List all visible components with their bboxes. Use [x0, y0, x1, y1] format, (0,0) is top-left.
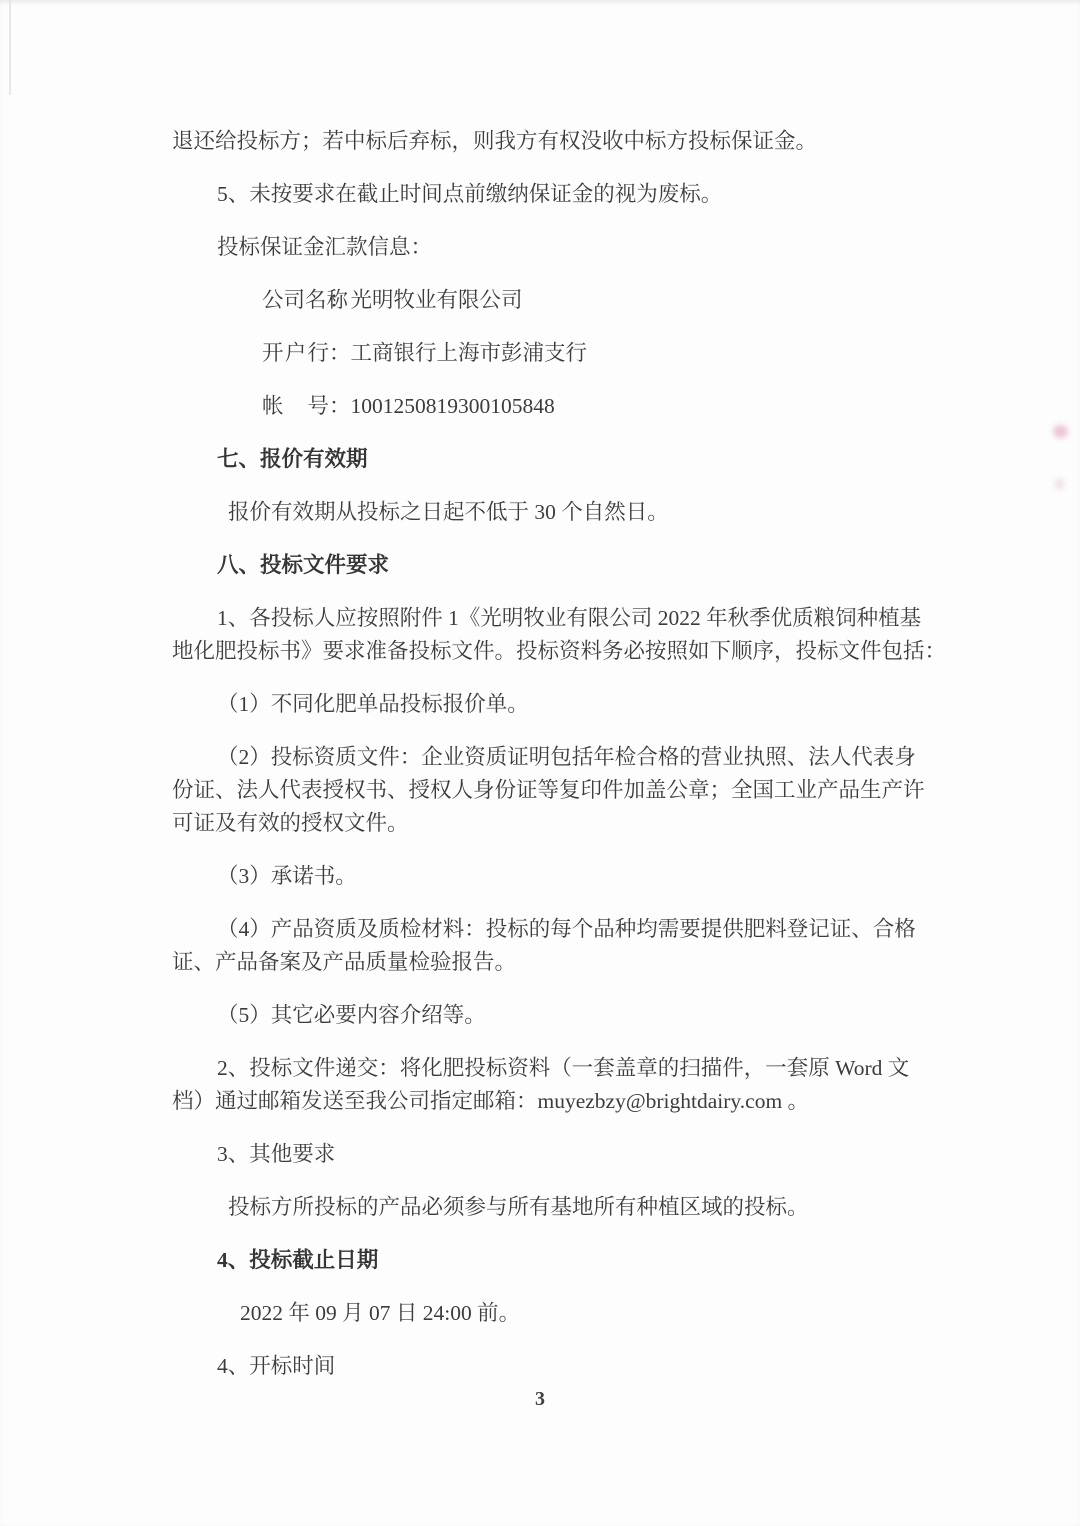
text-line: 1、各投标人应按照附件 1《光明牧业有限公司 2022 年秋季优质粮饲种植基 [172, 602, 962, 635]
paragraph-deposit-forfeit: 退还给投标方；若中标后弃标，则我方有权没收中标方投标保证金。 [172, 125, 962, 158]
bank-label-bank-branch: 开户行 [217, 337, 329, 370]
text-line: （4）产品资质及质检材料：投标的每个品种均需要提供肥料登记证、合格 [172, 913, 962, 946]
document-content: 退还给投标方；若中标后弃标，则我方有权没收中标方投标保证金。 5、未按要求在截止… [172, 125, 962, 1403]
bank-row-bank-branch: 开户行：工商银行上海市彭浦支行 [172, 337, 962, 370]
bank-colon: ： [329, 288, 351, 312]
text-line: 份证、法人代表授权书、授权人身份证等复印件加盖公章；全国工业产品生产许 [172, 774, 962, 807]
scan-edge-shade [0, 0, 1080, 6]
remittance-info-title: 投标保证金汇款信息： [172, 231, 962, 264]
text-line: 地化肥投标书》要求准备投标文件。投标资料务必按照如下顺序，投标文件包括： [172, 635, 962, 668]
page-number: 3 [0, 1388, 1080, 1411]
paragraph-requirement-1: 1、各投标人应按照附件 1《光明牧业有限公司 2022 年秋季优质粮饲种植基 地… [172, 602, 962, 668]
paragraph-requirement-1-1: （1）不同化肥单品投标报价单。 [172, 688, 962, 721]
paragraph-requirement-1-2: （2）投标资质文件：企业资质证明包括年检合格的营业执照、法人代表身 份证、法人代… [172, 741, 962, 840]
paragraph-requirement-1-4: （4）产品资质及质检材料：投标的每个品种均需要提供肥料登记证、合格 证、产品备案… [172, 913, 962, 979]
paragraph-requirement-3-body: 投标方所投标的产品必须参与所有基地所有种植区域的投标。 [172, 1191, 962, 1224]
bank-row-company-name: 公司名称：光明牧业有限公司 [172, 284, 962, 317]
scan-smudge-pink [1053, 425, 1068, 438]
text-line: 可证及有效的授权文件。 [172, 807, 962, 840]
document-page: 退还给投标方；若中标后弃标，则我方有权没收中标方投标保证金。 5、未按要求在截止… [0, 0, 1080, 1526]
heading-bid-deadline: 4、投标截止日期 [172, 1244, 962, 1277]
scan-edge-line [9, 0, 11, 95]
paragraph-item-5: 5、未按要求在截止时间点前缴纳保证金的视为废标。 [172, 178, 962, 211]
paragraph-requirement-1-5: （5）其它必要内容介绍等。 [172, 999, 962, 1032]
paragraph-requirement-2-submission: 2、投标文件递交：将化肥投标资料（一套盖章的扫描件，一套原 Word 文 档）通… [172, 1052, 962, 1118]
text-line-email: 档）通过邮箱发送至我公司指定邮箱：muyezbzy@brightdairy.co… [172, 1085, 962, 1118]
paragraph-deadline-date: 2022 年 09 月 07 日 24:00 前。 [172, 1297, 962, 1330]
text-line: 证、产品备案及产品质量检验报告。 [172, 946, 962, 979]
bank-colon: ： [329, 394, 351, 418]
text-line: 2、投标文件递交：将化肥投标资料（一套盖章的扫描件，一套原 Word 文 [172, 1052, 962, 1085]
heading-section-8: 八、投标文件要求 [172, 549, 962, 582]
bank-colon: ： [329, 341, 351, 365]
text-line: （2）投标资质文件：企业资质证明包括年检合格的营业执照、法人代表身 [172, 741, 962, 774]
scan-smudge-pink [1055, 478, 1064, 490]
heading-section-7: 七、报价有效期 [172, 443, 962, 476]
bank-label-account-number: 帐号 [217, 390, 329, 423]
bank-label-company-name: 公司名称 [217, 284, 329, 317]
bank-row-account-number: 帐号：1001250819300105848 [172, 390, 962, 423]
bank-value-bank-branch: 工商银行上海市彭浦支行 [351, 341, 588, 365]
paragraph-quote-validity: 报价有效期从投标之日起不低于 30 个自然日。 [172, 496, 962, 529]
paragraph-requirement-3: 3、其他要求 [172, 1138, 962, 1171]
paragraph-requirement-1-3: （3）承诺书。 [172, 860, 962, 893]
bank-value-account-number: 1001250819300105848 [351, 394, 555, 418]
bank-value-company-name: 光明牧业有限公司 [351, 288, 523, 312]
heading-bid-opening-time: 4、开标时间 [172, 1350, 962, 1383]
